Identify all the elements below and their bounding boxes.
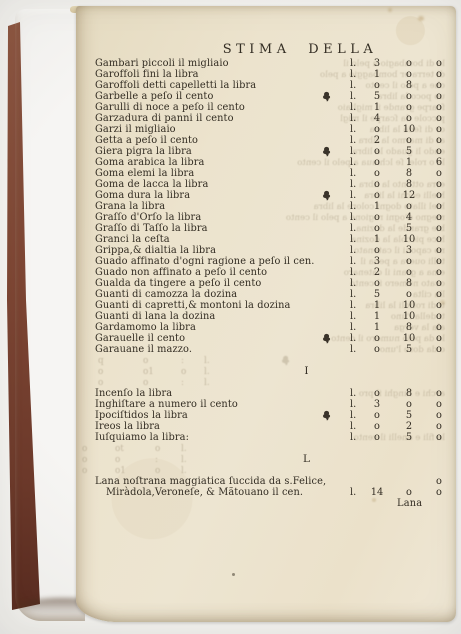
soldi-value: 5 xyxy=(397,146,421,157)
catchword: Lana xyxy=(397,498,443,509)
entry-row: Garauelle il centole da pelo numero il c… xyxy=(95,333,457,344)
bleedthrough-text: o xyxy=(82,466,87,477)
bleedthrough-row: ootol. xyxy=(95,443,457,454)
entry-row: Ipociſtidos la libral.o5o xyxy=(95,410,457,421)
entry-name: Incenſo la libra xyxy=(95,388,172,399)
denari-value: o xyxy=(427,267,451,278)
denari-value: o xyxy=(427,421,451,432)
soldi-value: o xyxy=(397,102,421,113)
entry-row: Grippa,& dialtia la librano caponi il ca… xyxy=(95,245,457,256)
section-header-row: Loo:l. xyxy=(95,454,457,465)
soldi-value: o xyxy=(397,91,421,102)
soldi-value: 8 xyxy=(397,388,421,399)
entry-name: Lana noſtrana maggiatica ſuccida da s.Fe… xyxy=(95,476,326,487)
section-letter: I xyxy=(293,366,321,377)
entry-name: Grana la libra xyxy=(95,201,165,212)
catchword-row: Lana xyxy=(95,498,457,509)
entry-row: Goma elemi la libral.o8o xyxy=(95,168,457,179)
entry-row: Giera pigra la libraendo li guado la lib… xyxy=(95,146,457,157)
lire-value: 5 xyxy=(365,91,389,102)
entry-row: Guado non affinato a peſo il centoema a … xyxy=(95,267,457,278)
entry-name: Garoffoli fini la libra xyxy=(95,69,199,80)
entry-name: Gardamomo la libra xyxy=(95,322,196,333)
entry-row: Guanti di lana la dozinati della l'unol.… xyxy=(95,311,457,322)
entry-name: Garbelle a peſo il cento xyxy=(95,91,213,102)
soldi-value: 2 xyxy=(397,421,421,432)
soldi-value: o xyxy=(397,267,421,278)
lire-value: o xyxy=(365,432,389,443)
lire-value: 1 xyxy=(365,102,389,113)
book-photo: STIMA DELLA Gambari piccoli il migliaiol… xyxy=(0,0,461,634)
denari-value: o xyxy=(427,333,451,344)
entry-row: Goma dura la librahielli ecchi la libral… xyxy=(95,190,457,201)
entry-row: Gambari piccoli il migliaiola di bombagi… xyxy=(95,58,457,69)
soldi-value: 10 xyxy=(397,333,421,344)
entry-name: Miràdola,Veroneſe, & Mãtouano il cen. xyxy=(106,487,303,498)
lire-value: 4 xyxy=(365,113,389,124)
lire-value: o xyxy=(365,190,389,201)
entry-name: Inghiſtare a numero il cento xyxy=(95,399,238,410)
soldi-value: o xyxy=(397,399,421,410)
lire-value: o xyxy=(365,212,389,223)
soldi-value: 8 xyxy=(397,322,421,333)
entry-name: Garzadura di panni il cento xyxy=(95,113,234,124)
soldi-value: 12 xyxy=(397,190,421,201)
entry-row: Garulli di noce a peſo il centoſcarpe gr… xyxy=(95,102,457,113)
entry-name: Giera pigra la libra xyxy=(95,146,192,157)
entry-row: Garoffoli detti capelletti la librache a… xyxy=(95,80,457,91)
soldi-value: 8 xyxy=(397,80,421,91)
soldi-value: 3 xyxy=(397,245,421,256)
hedera-leaf-icon xyxy=(321,90,333,103)
denari-value: o xyxy=(427,179,451,190)
entry-row: Garoffoli fini la libradi terra er bomba… xyxy=(95,69,457,80)
denari-value: o xyxy=(427,432,451,443)
lire-value: 5 xyxy=(365,289,389,300)
entry-row: Ireos la libral.o2o xyxy=(95,421,457,432)
soldi-value: o xyxy=(397,69,421,80)
entry-row: Incenſo la libraarchi e lunghi il prol.o… xyxy=(95,388,457,399)
soldi-value: 10 xyxy=(397,311,421,322)
bleedthrough-row: oo1ol. xyxy=(95,465,457,476)
entry-name: Garauelle il cento xyxy=(95,333,185,344)
lire-value: 3 xyxy=(365,256,389,267)
lire-value: 1 xyxy=(365,322,389,333)
soldi-value: 8 xyxy=(397,179,421,190)
price-list: Gambari piccoli il migliaiola di bombagi… xyxy=(95,58,457,509)
denari-value: o xyxy=(427,388,451,399)
entry-name: Goma de lacca la libra xyxy=(95,179,208,190)
soldi-value: 5 xyxy=(397,432,421,443)
lire-value: o xyxy=(365,410,389,421)
section-letter: L xyxy=(293,454,321,465)
entry-row: Iuſquiamo la libra:la fili e anelli il c… xyxy=(95,432,457,443)
denari-value: o xyxy=(427,168,451,179)
denari-value: o xyxy=(427,476,451,487)
entry-row: Garzadura di panni il centopiccole da ſc… xyxy=(95,113,457,124)
entry-row: Garauane il mazzo.o da dore l'unol.o5o xyxy=(95,344,457,355)
denari-value: o xyxy=(427,146,451,157)
lire-value: o xyxy=(365,168,389,179)
entry-name: Grippa,& dialtia la libra xyxy=(95,245,216,256)
soldi-value: o xyxy=(397,289,421,300)
lire-value: o xyxy=(365,124,389,135)
lire-value: o xyxy=(365,421,389,432)
denari-value: o xyxy=(427,69,451,80)
soldi-value: 10 xyxy=(397,124,421,135)
denari-value: o xyxy=(427,344,451,355)
hedera-leaf-icon xyxy=(321,145,333,158)
denari-value: o xyxy=(427,487,451,498)
denari-value: o xyxy=(427,58,451,69)
entry-row: Garzi il migliaioor di ſeda la libral.o1… xyxy=(95,124,457,135)
lire-value: o xyxy=(365,179,389,190)
hedera-leaf-icon xyxy=(321,409,333,422)
entry-row: Guado affinato d'ogni ragione a peſo il … xyxy=(95,256,457,267)
soldi-value: o xyxy=(397,201,421,212)
denari-value: o xyxy=(427,245,451,256)
entry-name: Guanti di lana la dozina xyxy=(95,311,215,322)
entry-name: Goma dura la libra xyxy=(95,190,190,201)
denari-value: o xyxy=(427,102,451,113)
entry-name: Garzi il migliaio xyxy=(95,124,176,135)
entry-name: Guanti di camozza la dozina xyxy=(95,289,237,300)
soldi-value: 8 xyxy=(397,168,421,179)
entry-row: Guanti di capretti,& montoni la dozinati… xyxy=(95,300,457,311)
soldi-value: 10 xyxy=(397,234,421,245)
denari-value: o xyxy=(427,212,451,223)
lire-value: o xyxy=(365,80,389,91)
lire-value: o xyxy=(365,278,389,289)
lire-value: 14 xyxy=(365,487,389,498)
lire-value: o xyxy=(365,344,389,355)
bleedthrough-text: o xyxy=(82,444,87,455)
lire-value: o xyxy=(365,333,389,344)
lire-value: 1 xyxy=(365,300,389,311)
hedera-leaf-icon xyxy=(321,189,333,202)
entry-row: Grana la librahiel illato dogni colore l… xyxy=(95,201,457,212)
entry-name: Getta a peſo il cento xyxy=(95,135,198,146)
denari-value: 6 xyxy=(427,157,451,168)
entry-row: Graſſo di Taſſo la librabie grande la do… xyxy=(95,223,457,234)
entry-row: Granci la ceſtahice piccola la dozinal.1… xyxy=(95,234,457,245)
lire-value: 1 xyxy=(365,69,389,80)
section-header-row: Ioo1ol. xyxy=(95,366,457,377)
lire-value: o xyxy=(365,388,389,399)
denari-value: o xyxy=(427,190,451,201)
entry-row: Garbelle a peſo il centouo poco la libra… xyxy=(95,91,457,102)
entry-name: Goma arabica la libra xyxy=(95,157,204,168)
denari-value: o xyxy=(427,223,451,234)
entry-name: Garulli di noce a peſo il cento xyxy=(95,102,245,113)
entry-row: Goma arabica la librala o role, ſe lchia… xyxy=(95,157,457,168)
hedera-leaf-icon xyxy=(280,354,292,367)
denari-value: o xyxy=(427,91,451,102)
denari-value: o xyxy=(427,124,451,135)
lire-value: 1 xyxy=(365,234,389,245)
entry-name: Gambari piccoli il migliaio xyxy=(95,58,229,69)
lire-value: o xyxy=(365,146,389,157)
soldi-value: 4 xyxy=(397,212,421,223)
entry-name: Granci la ceſta xyxy=(95,234,170,245)
entry-name: Graſſo di Taſſo la libra xyxy=(95,223,208,234)
denari-value: o xyxy=(427,322,451,333)
denari-value: o xyxy=(427,410,451,421)
entry-name: Goma elemi la libra xyxy=(95,168,194,179)
denari-value: o xyxy=(427,234,451,245)
soldi-value: 5 xyxy=(397,410,421,421)
hedera-leaf-icon xyxy=(321,332,333,345)
soldi-value: o xyxy=(397,487,421,498)
lire-value: o xyxy=(365,157,389,168)
soldi-value: o xyxy=(397,256,421,267)
entry-row: Gualda da tingere a peſo il centoocato n… xyxy=(95,278,457,289)
lire-value: o xyxy=(365,245,389,256)
soldi-value: o xyxy=(397,135,421,146)
denari-value: o xyxy=(427,289,451,300)
entry-row: Gardamomo la libraala la vergal.18o xyxy=(95,322,457,333)
bleedthrough-text: o xyxy=(82,455,87,466)
entry-row: Lana noſtrana maggiatica ſuccida da s.Fe… xyxy=(95,476,457,487)
entry-name: Garauane il mazzo. xyxy=(95,344,192,355)
soldi-value: o xyxy=(397,113,421,124)
lire-value: 3 xyxy=(365,58,389,69)
bleedthrough-row: oo:l. xyxy=(95,377,457,388)
denari-value: o xyxy=(427,399,451,410)
denari-value: o xyxy=(427,135,451,146)
lire-value: 1 xyxy=(365,201,389,212)
entry-row: Goma de lacca la libraerra ottonto la li… xyxy=(95,179,457,190)
lire-value: o xyxy=(365,223,389,234)
soldi-value: 10 xyxy=(397,300,421,311)
soldi-value: 5 xyxy=(397,223,421,234)
entry-name: Graſſo d'Orſo la libra xyxy=(95,212,201,223)
soldi-value: o xyxy=(397,58,421,69)
soldi-value: 5 xyxy=(397,344,421,355)
lire-value: 2 xyxy=(365,267,389,278)
entry-name: Ipociſtidos la libra xyxy=(95,410,188,421)
bleedthrough-row: qo:l. xyxy=(95,355,457,366)
denari-value: o xyxy=(427,80,451,91)
entry-row: Getta a peſo il centoat di marmo la libr… xyxy=(95,135,457,146)
denari-value: o xyxy=(427,201,451,212)
entry-row: Guanti di camozza la dozinalla ciltal.5o… xyxy=(95,289,457,300)
denari-value: o xyxy=(427,278,451,289)
entry-name: Iuſquiamo la libra: xyxy=(95,432,189,443)
denari-value: o xyxy=(427,113,451,124)
soldi-value: 8 xyxy=(397,278,421,289)
entry-row: Graſſo d'Orſo la libramegno d'ogni ragio… xyxy=(95,212,457,223)
lire-value: 1 xyxy=(365,311,389,322)
entry-row: Miràdola,Veroneſe, & Mãtouano il cen.l.1… xyxy=(95,487,457,498)
entry-name: Ireos la libra xyxy=(95,421,160,432)
denari-value: o xyxy=(427,311,451,322)
lire-value: 3 xyxy=(365,399,389,410)
page-edges-stack xyxy=(15,9,85,621)
entry-row: Inghiſtare a numero il centol.3oo xyxy=(95,399,457,410)
denari-value: o xyxy=(427,300,451,311)
lire-value: 2 xyxy=(365,135,389,146)
denari-value: o xyxy=(427,256,451,267)
page-heading: STIMA DELLA xyxy=(150,42,450,57)
soldi-value: 1 xyxy=(397,157,421,168)
